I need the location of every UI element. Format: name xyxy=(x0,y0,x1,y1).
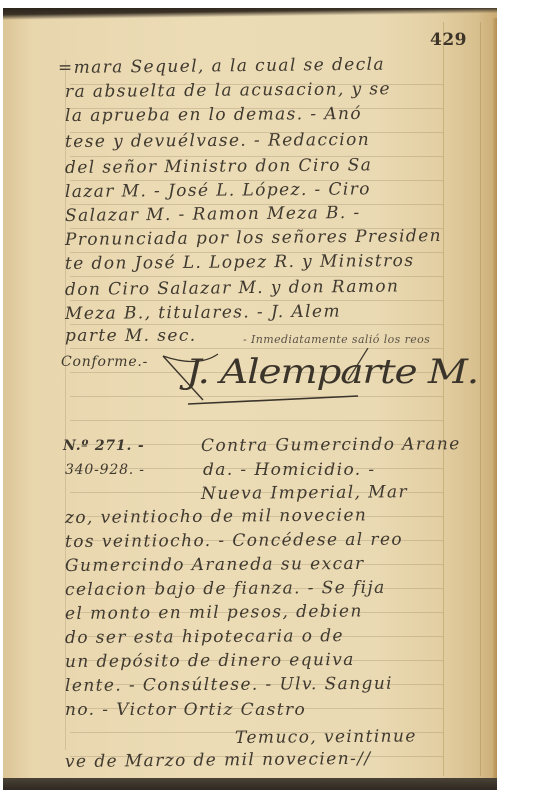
ledger-page: 429 =mara Sequel, a la cual se decla ra … xyxy=(3,8,497,790)
handwritten-line: un depósito de dinero equiva xyxy=(65,650,355,672)
conforme-note: Conforme.- xyxy=(61,352,148,372)
book-binding-bottom xyxy=(3,778,497,790)
handwritten-line: el monto en mil pesos, debien xyxy=(65,601,363,624)
gutter-fold-rule xyxy=(480,22,481,776)
handwritten-line: Nueva Imperial, Mar xyxy=(201,482,408,504)
case-reference: 340-928. - xyxy=(65,460,145,480)
ruled-line xyxy=(70,324,443,325)
signature: J. Alemparte M. xyxy=(158,348,408,408)
handwritten-line: ra absuelta de la acusacion, y se xyxy=(65,79,391,102)
handwritten-line: del señor Ministro don Ciro Sa xyxy=(65,155,372,178)
handwritten-line: Gumercindo Araneda su excar xyxy=(65,554,365,576)
ruled-line xyxy=(70,420,443,421)
handwritten-line: Meza B., titulares. - J. Alem xyxy=(65,302,341,324)
handwritten-line: tos veintiocho. - Concédese al reo xyxy=(65,530,403,552)
handwritten-line: Temuco, veintinue xyxy=(235,726,417,748)
handwritten-line: Pronunciada por los señores Presiden xyxy=(65,226,442,250)
handwritten-line: ve de Marzo de mil novecien-// xyxy=(65,749,372,772)
handwritten-line: tese y devuélvase. - Redaccion xyxy=(65,130,370,152)
handwritten-line: lazar M. - José L. López. - Ciro xyxy=(65,179,371,202)
handwritten-line: no. - Victor Ortiz Castro xyxy=(65,700,306,720)
handwritten-line: don Ciro Salazar M. y don Ramon xyxy=(65,276,400,300)
book-binding-top-shadow xyxy=(3,8,497,20)
handwritten-line: Salazar M. - Ramon Meza B. - xyxy=(65,203,361,226)
right-margin-rule xyxy=(443,22,444,776)
handwritten-line: parte M. sec. xyxy=(65,326,197,346)
handwritten-line: =mara Sequel, a la cual se decla xyxy=(58,55,385,78)
handwritten-line: te don José L. Lopez R. y Ministros xyxy=(65,251,415,274)
case-heading: da. - Homicidio. - xyxy=(203,460,376,480)
handwritten-note: - Inmediatamente salió los reos xyxy=(243,330,430,350)
page-edge xyxy=(493,18,497,778)
page-number: 429 xyxy=(430,30,467,50)
ruled-line xyxy=(70,300,443,301)
handwritten-line: la aprueba en lo demas. - Anó xyxy=(65,104,362,126)
case-heading: Contra Gumercindo Arane xyxy=(201,434,461,456)
handwritten-line: do ser esta hipotecaria o de xyxy=(65,626,344,648)
case-number: N.º 271. - xyxy=(63,436,144,456)
handwritten-line: zo, veintiocho de mil novecien xyxy=(65,505,367,528)
handwritten-line: lente. - Consúltese. - Ulv. Sangui xyxy=(65,674,393,696)
signature-text: J. Alemparte M. xyxy=(186,352,478,392)
handwritten-line: celacion bajo de fianza. - Se fija xyxy=(65,578,386,600)
